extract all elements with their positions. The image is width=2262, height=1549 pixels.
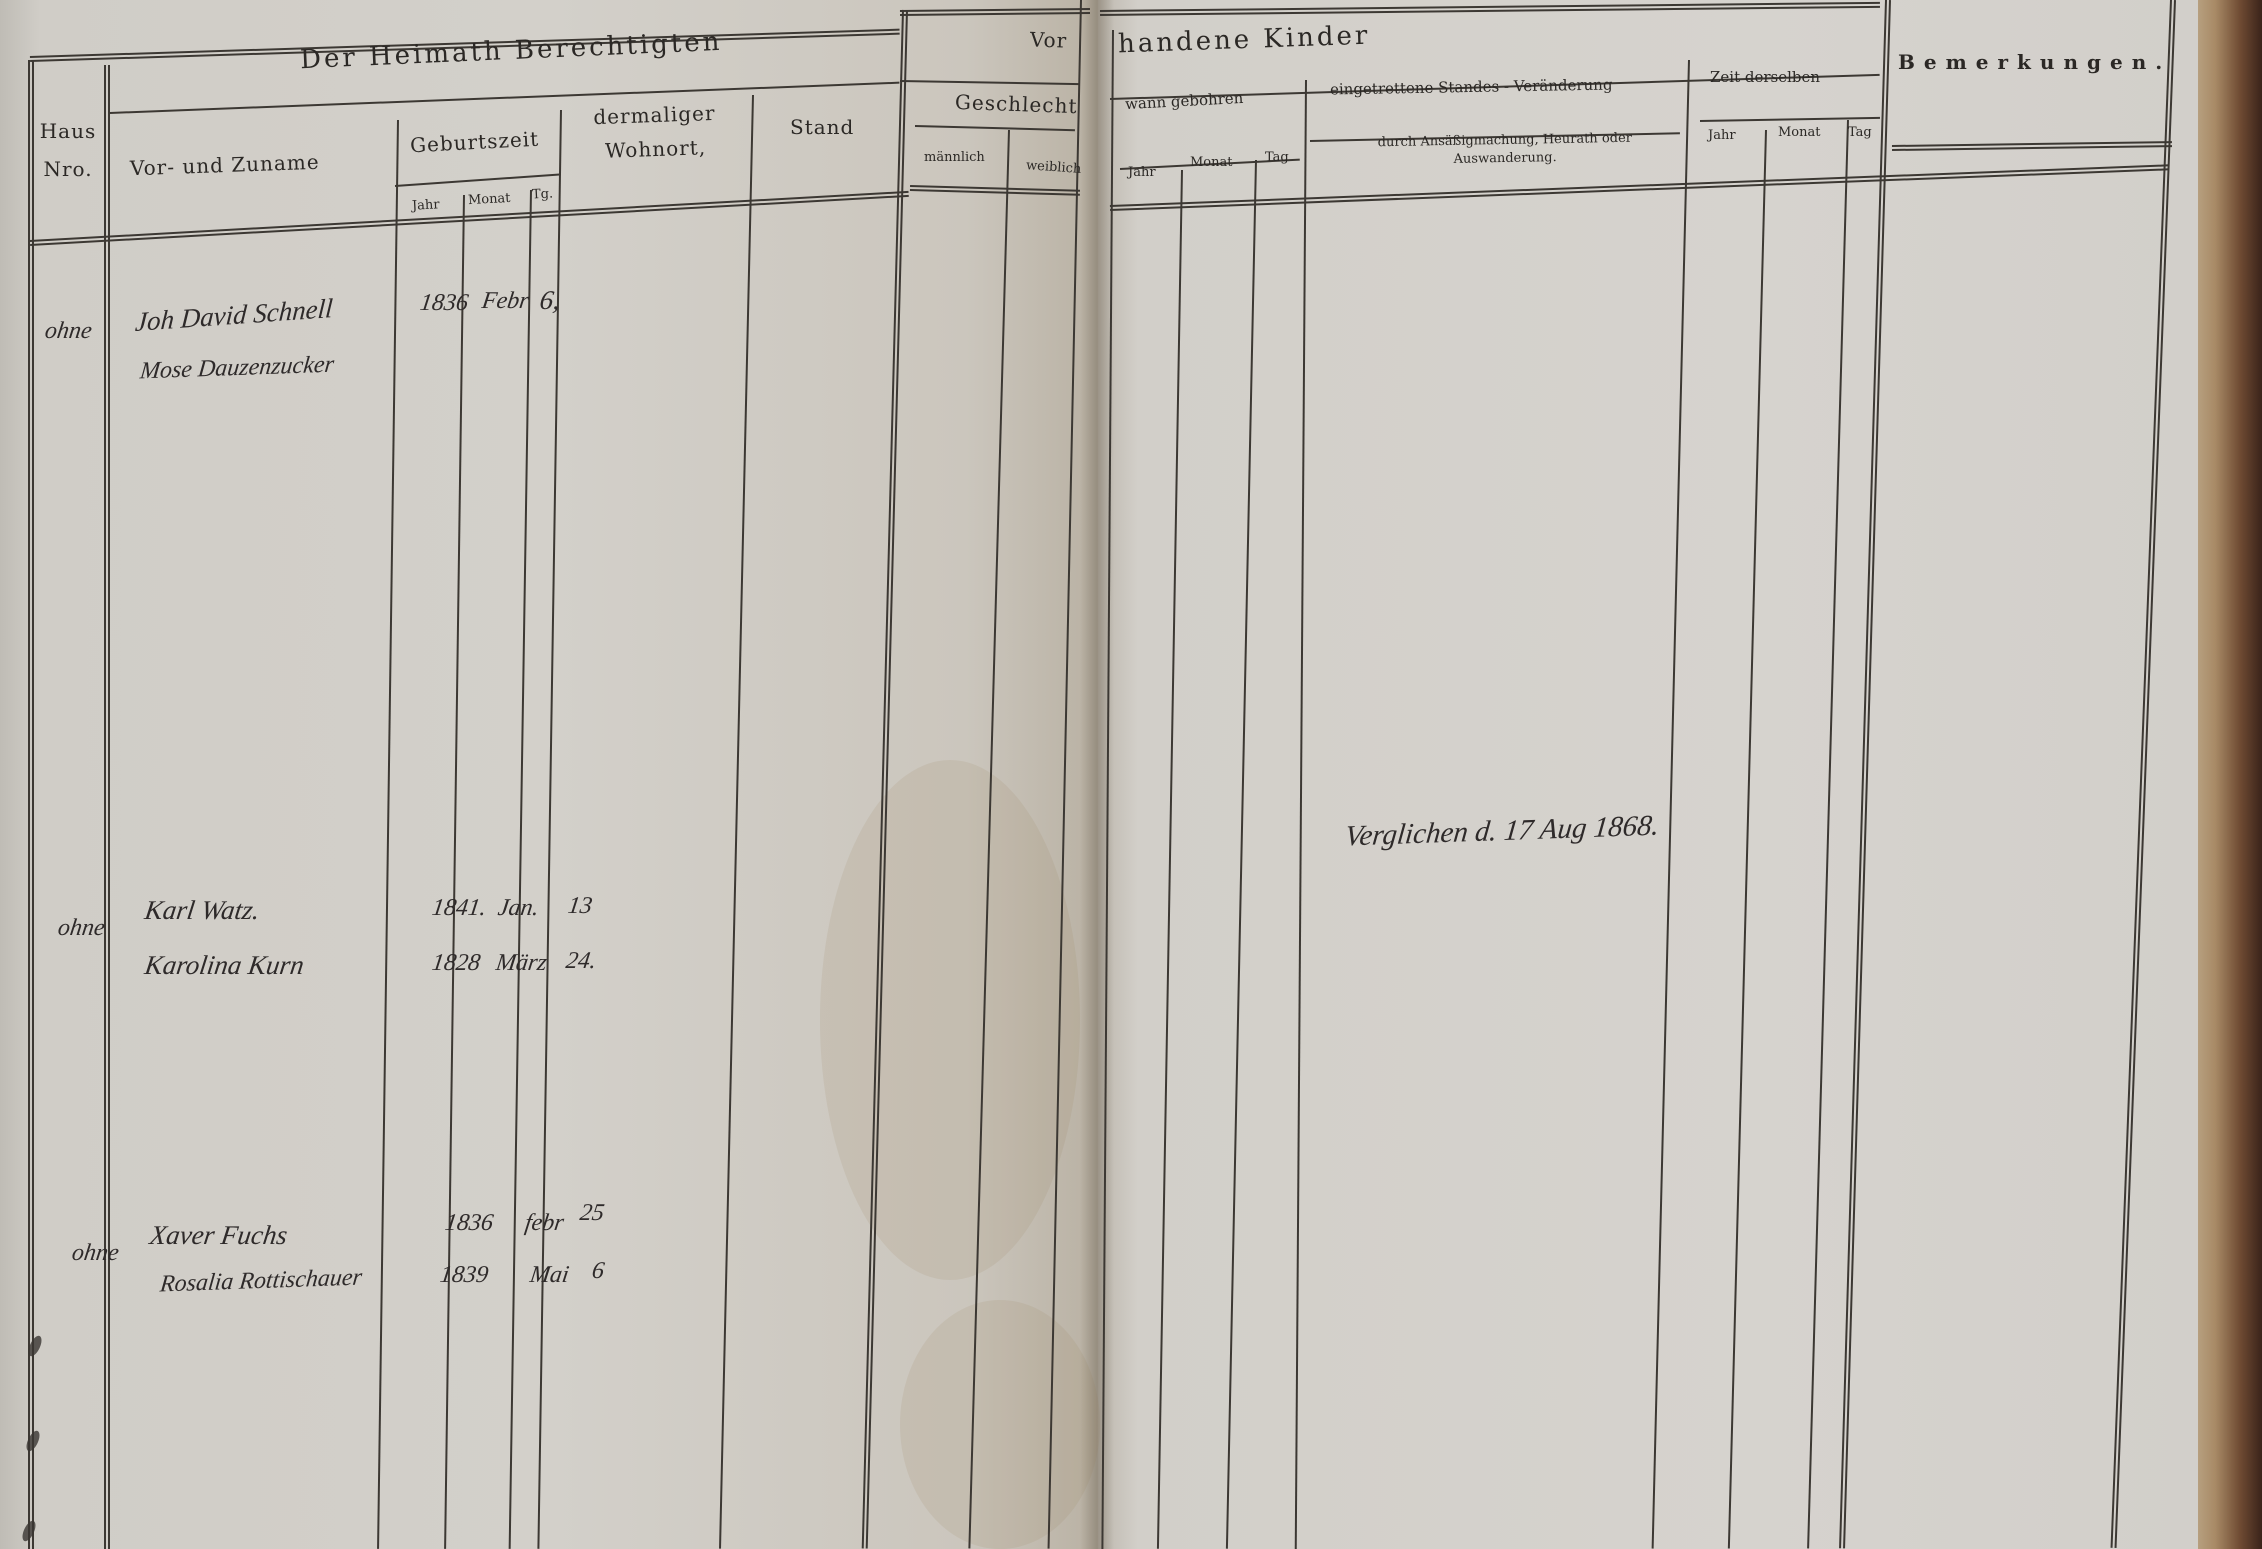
col-rule-haus [104,65,110,1549]
entry-2-tag-1: 13 [566,893,594,920]
paper-stain [820,760,1080,1280]
header-zeit-jahr: Jahr [1708,128,1736,143]
header-geschlecht: Geschlecht [955,90,1078,118]
entry-3-name-1: Xaver Fuchs [148,1220,290,1251]
entry-2-tag-2: 24. [564,948,598,975]
entry-3-tag-1: 25 [578,1200,606,1227]
entry-2-name-2: Karolina Kurn [143,950,306,981]
header-zeit-derselben: Zeit derselben [1710,68,1820,86]
entry-2-name-1: Karl Watz. [143,895,262,926]
paper-stain [900,1300,1100,1549]
header-geburtszeit-monat: Monat [468,191,511,208]
header-stand: Stand [790,115,854,139]
header-kinder-jahr: Jahr [1128,165,1156,180]
entry-1-monat: Febr [480,288,530,315]
book-gutter [1080,0,1114,1549]
header-zeit-monat: Monat [1778,125,1821,140]
entry-2-haus: ohne [56,915,106,942]
header-zeit-tag: Tag [1848,125,1872,140]
header-wohnort: dermaliger Wohnort, [579,95,731,168]
header-maennlich: männlich [924,150,985,165]
header-geburtszeit-tag: Tg. [532,186,554,202]
right-page [1098,0,2198,1549]
entry-3-monat-1: febr [523,1210,565,1237]
entry-2-jahr-1: 1841. [430,895,488,922]
desk-background [2190,0,2262,1549]
entry-1-jahr: 1836 [418,290,470,317]
entry-3-haus: ohne [70,1240,120,1267]
header-kinder-monat: Monat [1190,155,1233,170]
header-standes-sub: durch Ansäßigmachung, Heurath oder Auswa… [1335,129,1676,171]
entry-2-jahr-2: 1828 [430,950,482,977]
entry-1-haus: ohne [43,318,93,345]
header-bemerkungen: Bemerkungen. [1898,50,2171,74]
header-kinder-tag: Tag [1265,150,1289,165]
entry-3-monat-2: Mai [528,1262,570,1289]
header-haus-nro: Haus Nro. [30,112,106,188]
entry-2-monat-2: März [494,950,548,977]
entry-3-jahr-1: 1836 [443,1210,495,1237]
title-continuation: Vor [1030,27,1068,52]
header-geburtszeit-jahr: Jahr [412,197,440,213]
entry-2-monat-1: Jan. [496,895,540,922]
entry-3-jahr-2: 1839 [438,1262,490,1289]
page-border-left [28,60,34,1549]
